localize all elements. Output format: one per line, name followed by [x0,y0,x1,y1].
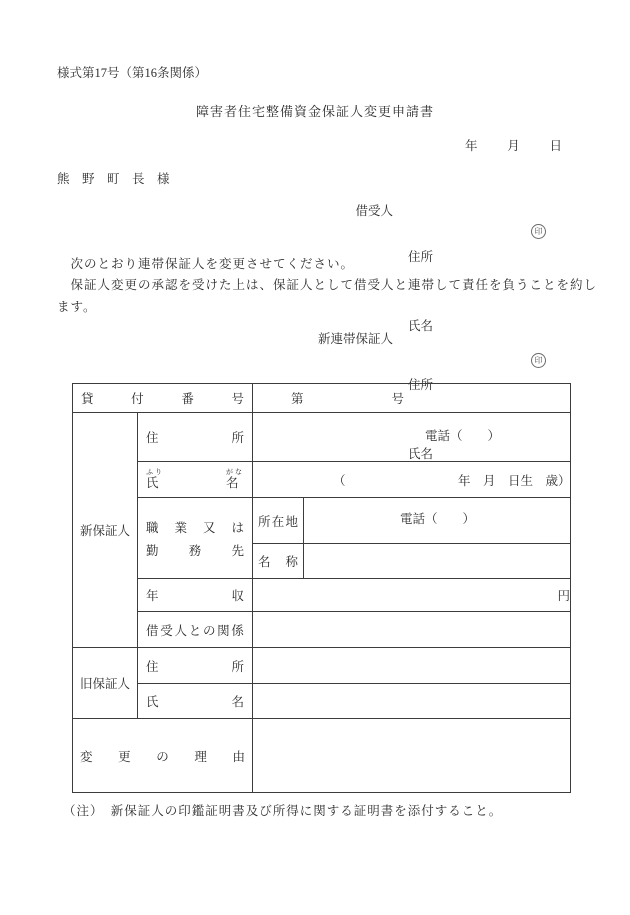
body-line-1: 次のとおり連帯保証人を変更させてください。 [57,254,354,272]
note-text: （注） 新保証人の印鑑証明書及び所得に関する証明書を添付すること。 [63,801,502,819]
relation-input-cell [253,612,571,648]
reason-label-cell: 変更の理由 [73,719,253,793]
page-title: 障害者住宅整備資金保証人変更申請書 [0,101,630,120]
new-guarantor-name-label-cell: ふり 氏 がな 名 [138,462,253,498]
application-form-page: 様式第17号（第16条関係） 障害者住宅整備資金保証人変更申請書 年 月 日 熊… [0,0,630,915]
new-guarantor-group-label: 新保証人 [80,524,130,538]
old-guarantor-name-input-cell [253,684,571,719]
addressee: 熊 野 町 長 様 [57,169,170,187]
name-kanji-first: 氏 [146,477,164,490]
old-guarantor-address-label-cell: 住所 [138,648,253,684]
month-label: 月 [507,136,520,154]
old-guarantor-address-row: 旧保証人 住所 [73,648,571,684]
loan-number-suffix: 号 [392,389,405,407]
year-label: 年 [465,136,478,154]
reason-label: 変更の理由 [73,747,252,765]
reason-row: 変更の理由 [73,719,571,793]
workplace-location-input-cell: 電話（ ） [304,498,571,544]
workplace-phone-label: 電話（ ） [304,509,570,533]
body-line-2: 保証人変更の承認を受けた上は、保証人として借受人と連帯して責任を負うことを約し [57,275,597,293]
loan-number-label-cell: 貸付番号 [73,384,253,413]
new-guarantor-address-row: 新保証人 住所 電話（ ） [73,413,571,462]
furigana-furi: ふり [146,469,164,476]
loan-number-prefix: 第 [291,389,304,407]
new-guarantor-phone-label: 電話（ ） [253,426,570,449]
loan-number-row: 貸付番号 第 号 [73,384,571,413]
borrower-seal-icon: 印 [531,224,546,239]
new-guarantor-name-row: ふり 氏 がな 名 （ 年 月 日生 歳） [73,462,571,498]
new-guarantor-group-cell: 新保証人 [73,413,138,648]
guarantor-change-table: 貸付番号 第 号 新保証人 住所 電話（ ） [72,383,571,793]
workplace-location-row: 職業又は 勤務先 所在地 電話（ ） [73,498,571,544]
workplace-name-input-cell [304,544,571,579]
workplace-location-label: 所在地 [253,512,303,530]
relation-label-cell: 借受人との関係 [138,612,253,648]
workplace-name-label-cell: 名称 [253,544,304,579]
income-input-cell: 円 [253,579,571,612]
occupation-label-line2: 勤務先 [146,541,244,559]
birth-date-template: （ 年 月 日生 歳） [253,471,570,489]
old-guarantor-name-label-cell: 氏名 [138,684,253,719]
body-line-3: ます。 [57,297,97,315]
loan-number-value-cell: 第 号 [253,384,571,413]
workplace-location-label-cell: 所在地 [253,498,304,544]
name-kanji-second: 名 [226,477,244,490]
form-number: 様式第17号（第16条関係） [57,63,207,81]
old-guarantor-address-label: 住所 [138,657,252,675]
new-guarantor-name-input-cell: （ 年 月 日生 歳） [253,462,571,498]
occupation-label-line1: 職業又は [146,518,244,536]
income-label: 年収 [138,586,252,604]
workplace-name-label: 名称 [253,552,303,570]
new-guarantor-address-label-cell: 住所 [138,413,253,462]
loan-number-label: 貸付番号 [73,389,252,407]
old-guarantor-name-row: 氏名 [73,684,571,719]
borrower-address-label: 住所 [408,246,433,269]
day-label: 日 [549,136,562,154]
new-guarantor-address-input-cell: 電話（ ） [253,413,571,462]
old-guarantor-name-label: 氏名 [138,692,252,710]
new-guarantor-seal-icon: 印 [531,353,546,368]
old-guarantor-group-label: 旧保証人 [80,677,130,691]
occupation-label-cell: 職業又は 勤務先 [138,498,253,579]
reason-input-cell [253,719,571,793]
income-unit-label: 円 [557,589,570,603]
new-guarantor-address-label: 住所 [138,428,252,446]
date-line: 年 月 日 [465,136,562,154]
relation-row: 借受人との関係 [73,612,571,648]
old-guarantor-group-cell: 旧保証人 [73,648,138,719]
income-row: 年収 円 [73,579,571,612]
relation-label: 借受人との関係 [138,621,252,639]
income-label-cell: 年収 [138,579,253,612]
old-guarantor-address-input-cell [253,648,571,684]
furigana-gana: がな [226,469,244,476]
